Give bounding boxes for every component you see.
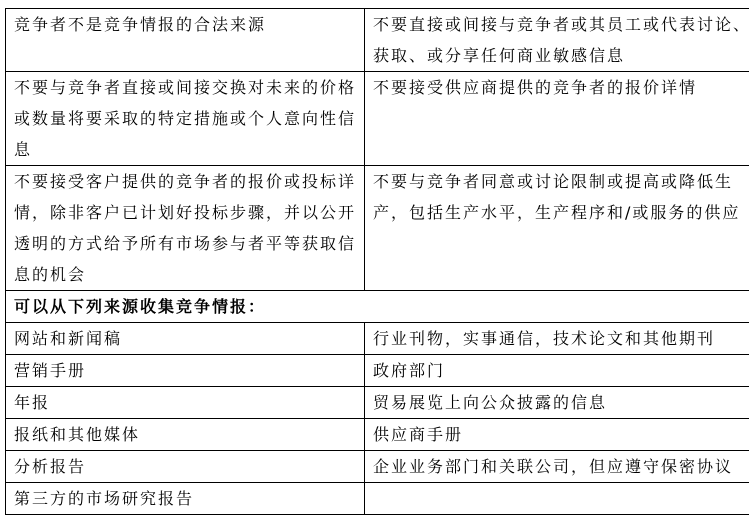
table-row: 第三方的市场研究报告: [6, 483, 749, 515]
guideline-cell: 不要接受供应商提供的竞争者的报价详情: [365, 72, 749, 166]
table-row: 竞争者不是竞争情报的合法来源 不要直接或间接与竞争者或其员工或代表讨论、获取、或…: [6, 9, 749, 72]
table-row: 网站和新闻稿 行业刊物，实事通信，技术论文和其他期刊: [6, 323, 749, 355]
source-cell: 年报: [6, 387, 365, 419]
source-cell: 报纸和其他媒体: [6, 419, 365, 451]
guideline-cell: 竞争者不是竞争情报的合法来源: [6, 9, 365, 72]
guideline-cell: 不要与竞争者同意或讨论限制或提高或降低生产，包括生产水平，生产程序和/或服务的供…: [365, 166, 749, 291]
source-cell: 政府部门: [365, 355, 749, 387]
table-row: 报纸和其他媒体 供应商手册: [6, 419, 749, 451]
competitive-intelligence-table: 竞争者不是竞争情报的合法来源 不要直接或间接与竞争者或其员工或代表讨论、获取、或…: [5, 8, 749, 515]
source-cell: 供应商手册: [365, 419, 749, 451]
guideline-cell: 不要接受客户提供的竞争者的报价或投标详情，除非客户已计划好投标步骤，并以公开透明…: [6, 166, 365, 291]
source-cell: 第三方的市场研究报告: [6, 483, 365, 515]
section-header-cell: 可以从下列来源收集竞争情报：: [6, 291, 749, 323]
source-cell: [365, 483, 749, 515]
table-row: 营销手册 政府部门: [6, 355, 749, 387]
source-cell: 网站和新闻稿: [6, 323, 365, 355]
source-cell: 营销手册: [6, 355, 365, 387]
guideline-cell: 不要直接或间接与竞争者或其员工或代表讨论、获取、或分享任何商业敏感信息: [365, 9, 749, 72]
source-cell: 贸易展览上向公众披露的信息: [365, 387, 749, 419]
guideline-cell: 不要与竞争者直接或间接交换对未来的价格或数量将要采取的特定措施或个人意向性信息: [6, 72, 365, 166]
table-row: 不要与竞争者直接或间接交换对未来的价格或数量将要采取的特定措施或个人意向性信息 …: [6, 72, 749, 166]
source-cell: 企业业务部门和关联公司，但应遵守保密协议: [365, 451, 749, 483]
table-row-section-header: 可以从下列来源收集竞争情报：: [6, 291, 749, 323]
table-row: 不要接受客户提供的竞争者的报价或投标详情，除非客户已计划好投标步骤，并以公开透明…: [6, 166, 749, 291]
source-cell: 行业刊物，实事通信，技术论文和其他期刊: [365, 323, 749, 355]
source-cell: 分析报告: [6, 451, 365, 483]
table-row: 年报 贸易展览上向公众披露的信息: [6, 387, 749, 419]
table-row: 分析报告 企业业务部门和关联公司，但应遵守保密协议: [6, 451, 749, 483]
